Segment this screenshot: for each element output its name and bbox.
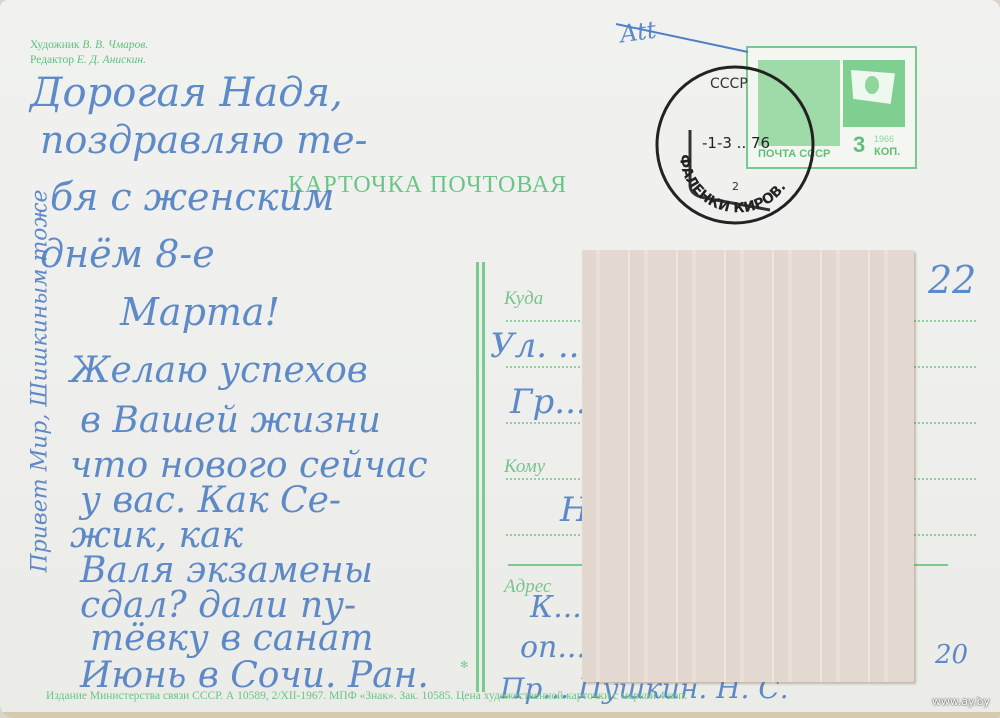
printer-footer: Издание Министерства связи СССР. А 10589…: [46, 690, 687, 702]
stamp-year: 1966: [874, 134, 894, 144]
stamp-currency: КОП.: [874, 146, 900, 158]
komsomol-badge-icon: [843, 60, 905, 127]
divider-line: [476, 262, 479, 692]
handwritten-city: Гр...: [510, 382, 587, 422]
handwritten-line: в Вашей жизни: [80, 400, 381, 441]
handwritten-line: тёвку в санат: [90, 618, 374, 659]
label-to-where: Куда: [504, 288, 543, 310]
handwritten-line: Желаю успехов: [70, 350, 368, 391]
postcard: Художник В. В. Чмаров. Редактор Е. Д. Ан…: [0, 0, 1000, 718]
svg-text:2: 2: [732, 180, 739, 193]
handwritten-line: днём 8-е: [40, 232, 215, 276]
handwritten-line: Дорогая Надя,: [30, 70, 343, 116]
svg-text:-1-3 .. 76: -1-3 .. 76: [702, 134, 770, 152]
artist-credit: Художник В. В. Чмаров.: [30, 38, 148, 53]
handwritten-line: поздравляю те-: [40, 118, 368, 162]
handwritten-line: бя с женским: [50, 175, 334, 219]
svg-text:СССР: СССР: [710, 76, 748, 92]
handwritten-sender: К...: [530, 590, 582, 625]
watermark: www.ay.by: [932, 695, 990, 708]
strike-line: [612, 20, 752, 60]
postmark-cancel: СССР -1-3 .. 76 2 ФАЛЕНКИ КИРОВ. ОБ.: [650, 60, 820, 230]
label-to-whom: Кому: [504, 456, 545, 478]
handwritten-margin-note: Привет Мир, Шишкиным тоже: [28, 193, 53, 573]
printer-mark-icon: ✻: [460, 660, 468, 671]
editor-credit: Редактор Е. Д. Анискин.: [30, 53, 148, 68]
divider-line: [482, 262, 485, 692]
handwritten-line: Марта!: [120, 290, 280, 334]
handwritten-sender: оп...: [520, 630, 586, 665]
handwritten-sender-number: 20: [935, 640, 968, 670]
stamp-value: 3: [853, 132, 865, 158]
print-credits: Художник В. В. Чмаров. Редактор Е. Д. Ан…: [30, 38, 148, 68]
handwritten-address-number: 22: [928, 258, 976, 302]
paper-patch: [582, 250, 914, 682]
